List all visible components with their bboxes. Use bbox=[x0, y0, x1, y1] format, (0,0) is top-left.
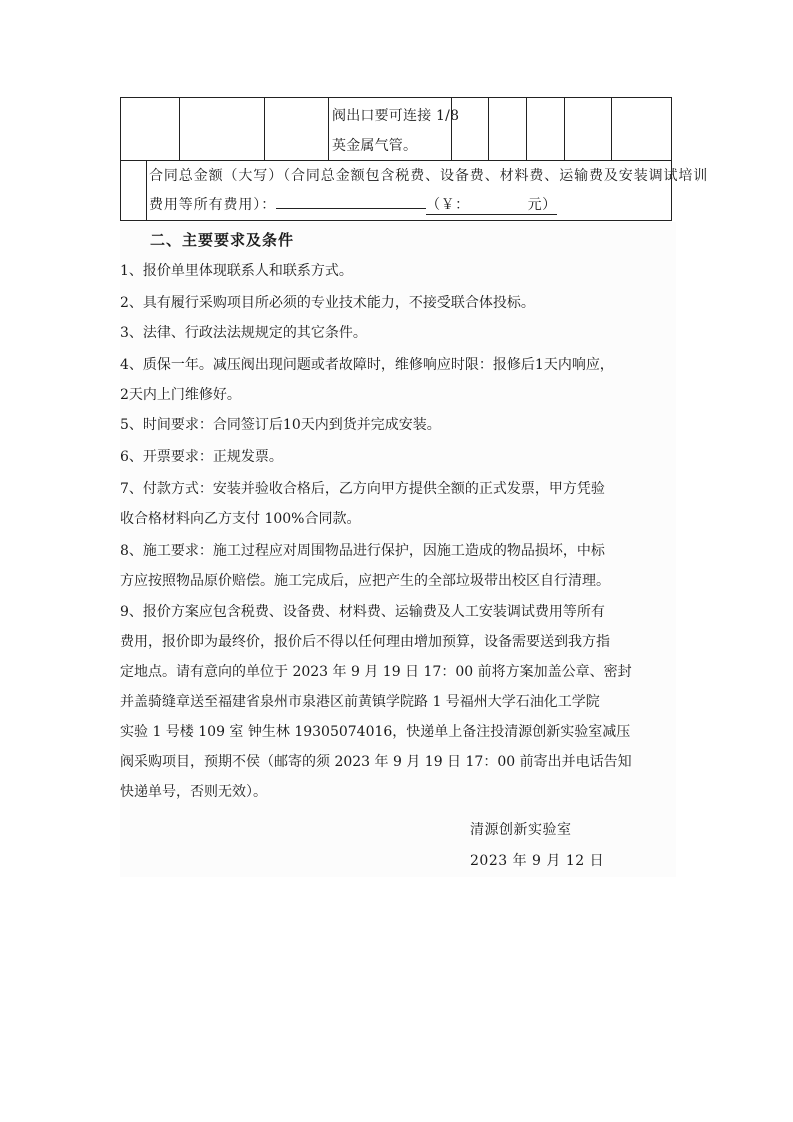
requirement-line: 7、付款方式：安装并验收合格后，乙方向甲方提供全额的正式发票，甲方凭验 bbox=[120, 474, 676, 504]
column-divider bbox=[611, 98, 612, 160]
requirement-line: 4、质保一年。减压阀出现问题或者故障时，维修响应时限：报修后1天内响应， bbox=[120, 350, 676, 380]
requirement-line: 5、时间要求：合同签订后10天内到货并完成安装。 bbox=[120, 410, 676, 440]
requirement-line: 实验 1 号楼 109 室 钟生林 19305074016，快递单上备注投清源创… bbox=[120, 717, 676, 747]
total-amount-line2: 费用等所有费用）：（￥：元） bbox=[149, 191, 671, 220]
requirement-item-1: 1、报价单里体现联系人和联系方式。 bbox=[120, 256, 676, 286]
total-amount-suffix: 费用等所有费用）： bbox=[149, 197, 276, 213]
requirement-line: 费用，报价即为最终价，报价后不得以任何理由增加预算，设备需要送到我方指 bbox=[120, 627, 676, 657]
table-row-total-amount: 合同总金额（大写）（合同总金额包含税费、设备费、材料费、运输费及安装调试培训 费… bbox=[121, 161, 671, 220]
total-amount-cell: 合同总金额（大写）（合同总金额包含税费、设备费、材料费、运输费及安装调试培训 费… bbox=[149, 162, 671, 220]
requirement-line: 9、报价方案应包含税费、设备费、材料费、运输费及人工安装调试费用等所有 bbox=[120, 597, 676, 627]
signature-date: 2023 年 9 月 12 日 bbox=[470, 846, 604, 876]
column-divider bbox=[328, 98, 329, 160]
amount-yuan-open: （￥： bbox=[426, 197, 470, 213]
document-page: 阀出口要可连接 1/8 英金属气管。 合同总金额（大写）（合同总金额包含税费、设… bbox=[0, 0, 793, 1122]
signature-organization: 清源创新实验室 bbox=[470, 815, 572, 845]
requirement-line: 定地点。请有意向的单位于 2023 年 9 月 19 日 17：00 前将方案加… bbox=[120, 657, 676, 687]
requirement-line: 2天内上门维修好。 bbox=[120, 380, 676, 410]
requirement-line: 1、报价单里体现联系人和联系方式。 bbox=[120, 256, 676, 286]
column-divider bbox=[526, 98, 527, 160]
amount-figures-group: （￥：元） bbox=[426, 196, 557, 215]
requirement-line: 收合格材料向乙方支付 100%合同款。 bbox=[120, 504, 676, 534]
requirement-line: 6、开票要求：正规发票。 bbox=[120, 442, 676, 472]
column-divider bbox=[264, 98, 265, 160]
requirement-line: 2、具有履行采购项目所必须的专业技术能力，不接受联合体投标。 bbox=[120, 288, 676, 318]
column-divider bbox=[488, 98, 489, 160]
requirement-item-2: 2、具有履行采购项目所必须的专业技术能力，不接受联合体投标。 bbox=[120, 288, 676, 318]
requirement-item-4: 4、质保一年。减压阀出现问题或者故障时，维修响应时限：报修后1天内响应， 2天内… bbox=[120, 350, 676, 410]
spec-line: 阀出口要可连接 1/8 bbox=[332, 101, 452, 131]
requirement-line: 快递单号，否则无效）。 bbox=[120, 777, 676, 807]
requirement-item-7: 7、付款方式：安装并验收合格后，乙方向甲方提供全额的正式发票，甲方凭验 收合格材… bbox=[120, 474, 676, 534]
requirement-item-8: 8、施工要求：施工过程应对周围物品进行保护，因施工造成的物品损坏，中标 方应按照… bbox=[120, 536, 676, 596]
requirement-line: 方应按照物品原价赔偿。施工完成后，应把产生的全部垃圾带出校区自行清理。 bbox=[120, 566, 676, 596]
section-heading: 二、主要要求及条件 bbox=[150, 228, 294, 252]
requirement-line: 8、施工要求：施工过程应对周围物品进行保护，因施工造成的物品损坏，中标 bbox=[120, 536, 676, 566]
requirement-item-3: 3、法律、行政法法规规定的其它条件。 bbox=[120, 318, 676, 348]
column-divider bbox=[146, 161, 147, 220]
requirement-line: 阀采购项目，预期不侯（邮寄的须 2023 年 9 月 19 日 17：00 前寄… bbox=[120, 747, 676, 777]
requirement-item-5: 5、时间要求：合同签订后10天内到货并完成安装。 bbox=[120, 410, 676, 440]
amount-yuan-close: 元） bbox=[528, 197, 557, 213]
quotation-table: 阀出口要可连接 1/8 英金属气管。 合同总金额（大写）（合同总金额包含税费、设… bbox=[120, 97, 672, 221]
table-row-item: 阀出口要可连接 1/8 英金属气管。 bbox=[121, 98, 671, 161]
spec-cell: 阀出口要可连接 1/8 英金属气管。 bbox=[332, 101, 452, 161]
requirement-item-9: 9、报价方案应包含税费、设备费、材料费、运输费及人工安装调试费用等所有 费用，报… bbox=[120, 597, 676, 807]
requirement-item-6: 6、开票要求：正规发票。 bbox=[120, 442, 676, 472]
amount-words-blank[interactable] bbox=[276, 192, 426, 209]
column-divider bbox=[564, 98, 565, 160]
spec-line: 英金属气管。 bbox=[332, 131, 452, 161]
column-divider bbox=[179, 98, 180, 160]
requirement-line: 3、法律、行政法法规规定的其它条件。 bbox=[120, 318, 676, 348]
total-amount-label: 合同总金额（大写）（合同总金额包含税费、设备费、材料费、运输费及安装调试培训 bbox=[149, 162, 671, 191]
requirement-line: 并盖骑缝章送至福建省泉州市泉港区前黄镇学院路 1 号福州大学石油化工学院 bbox=[120, 687, 676, 717]
